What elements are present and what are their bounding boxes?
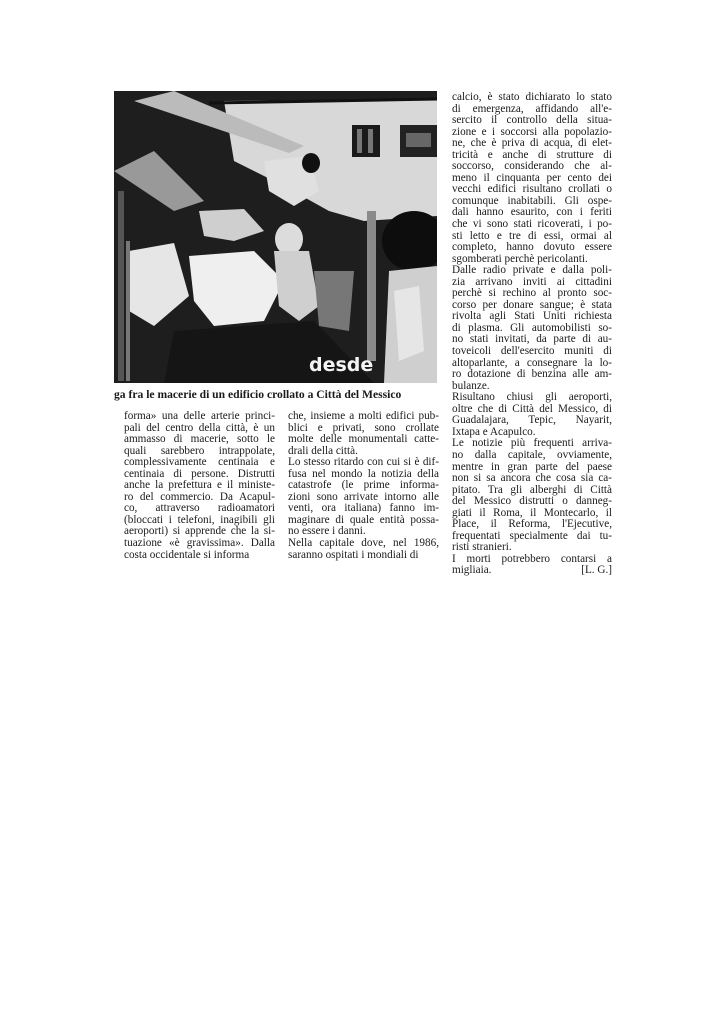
text-line: Lo stesso ritardo con cui si è dif- [288,457,439,469]
text-line: saranno ospitati i mondiali di [288,550,439,562]
article-column-2: che, insieme a molti edifici pub-blici e… [288,411,439,561]
closing-line: migliaia.[L. G.] [452,565,612,577]
text-line: ne, che è priva di acqua, di elet- [452,138,612,150]
author-signature: [L. G.] [581,565,612,577]
final-text: migliaia. [452,565,491,577]
photo-caption: ga fra le macerie di un edificio crollat… [114,388,444,402]
text-line: toveicoli dell'esercito muniti di [452,346,612,358]
text-line: non si sa ancora che cosa sia ca- [452,473,612,485]
text-line: completo, hanno dovuto essere [452,242,612,254]
text-line: sercito il controllo della situa- [452,115,612,127]
text-line: ro dotazione di benzina alle am- [452,369,612,381]
text-line: che, insieme a molti edifici pub- [288,411,439,423]
text-line: molte delle monumentali catte- [288,434,439,446]
text-line: forma» una delle arterie princi- [124,411,275,423]
text-line: ammasso di macerie, sotto le [124,434,275,446]
text-line: Nella capitale dove, nel 1986, [288,538,439,550]
article-column-1: forma» una delle arterie princi-pali del… [124,411,275,561]
photo-image: desde [114,91,437,383]
text-line: calcio, è stato dichiarato lo stato [452,92,612,104]
text-line: complessivamente centinaia e [124,457,275,469]
photo-overlay-text: desde [309,354,373,376]
text-line: costa occidentale si informa [124,550,275,562]
article-column-3: calcio, è stato dichiarato lo statodi em… [452,92,612,577]
text-line: del Messico distrutti o danneg- [452,496,612,508]
news-photo: desde [114,91,437,383]
text-line: tuazione «è gravissima». Dalla [124,538,275,550]
text-line: no dalla capitale, ovviamente, [452,450,612,462]
text-line: che vi sono stati ricoverati, i po- [452,219,612,231]
